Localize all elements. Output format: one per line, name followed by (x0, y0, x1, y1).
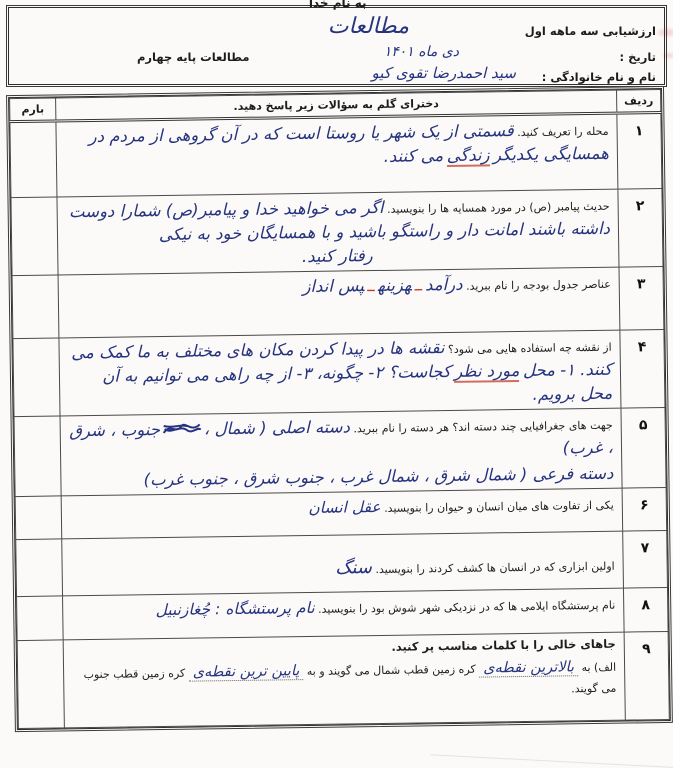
fill-blank-middle: کره زمین قطب شمال می گویند و به (307, 662, 476, 677)
column-header-marks: بارم (10, 98, 56, 122)
subject-title: مطالعات پایه چهارم (137, 50, 250, 64)
handwritten-answer-corrected: مورد نظر (454, 361, 519, 383)
exam-title-label: ارزشیابی سه ماهه اول (525, 24, 656, 38)
question-text: جهت های جغرافیایی چند دسته اند؟ هر دسته … (353, 419, 612, 436)
marks-cell (14, 416, 61, 497)
marks-cell (10, 121, 57, 198)
question-text: اولین ابزاری که در انسان ها کشف کردند را… (375, 560, 614, 576)
marks-cell (12, 275, 59, 339)
row-number: ۹ (624, 631, 669, 720)
row-number: ۸ (623, 587, 668, 632)
row-number: ۴ (620, 329, 665, 408)
handwritten-answer: هزینه (378, 276, 412, 295)
question-text: یکی از تفاوت های میان انسان و حیوان را ب… (384, 499, 614, 515)
table-row: ۹ جاهای خالی را با کلمات مناسب پر کنید. … (17, 631, 669, 728)
marks-cell (16, 539, 63, 597)
question-text: جاهای خالی را با کلمات مناسب پر کنید. (391, 637, 616, 654)
marks-cell (17, 640, 64, 729)
date-handwritten: دی ماه ۱۴۰۱ (384, 44, 459, 60)
scan-paper-edge (430, 754, 673, 768)
handwritten-answer: پس انداز (302, 276, 364, 296)
handwritten-answer: می کنند. (384, 146, 444, 166)
question-text: نام پرستشگاه ایلامی ها که در نزدیکی شهر … (318, 599, 615, 616)
subject-handwritten: مطالعات (328, 14, 409, 39)
table-row: ۱ محله را تعریف کنید. قسمتی از یک شهر یا… (10, 113, 662, 198)
red-dash-mark: ــ (364, 281, 378, 294)
handwritten-answer: دسته اصلی ( شمال ، (204, 417, 350, 438)
scanned-exam-sheet: به نام خدا ارزشیابی سه ماهه اول مطالعات … (0, 0, 673, 768)
question-text: از نقشه چه استفاده هایی می شود؟ (448, 341, 612, 356)
row-number: ۵ (621, 407, 666, 488)
name-handwritten: سید احمدرضا تقوی کیو (372, 64, 516, 82)
question-text: محله را تعریف کنید. (517, 125, 609, 139)
fill-blank-suffix: کره زمین قطب جنوب (83, 667, 185, 681)
marks-cell (11, 197, 58, 276)
marks-cell (15, 496, 62, 540)
date-label: تاریخ : (620, 50, 656, 64)
exam-header-box: ارزشیابی سه ماهه اول مطالعات تاریخ : دی … (8, 7, 665, 85)
handwritten-answer: سنگ (335, 557, 372, 579)
handwritten-answer-corrected: زندگی (447, 145, 490, 167)
marks-cell (17, 596, 64, 641)
fill-blank-prefix: الف) به (581, 661, 616, 674)
marks-cell (13, 338, 60, 417)
red-dash-mark: ــ (412, 280, 426, 293)
table-row: ۵ جهت های جغرافیایی چند دسته اند؟ هر دست… (14, 407, 666, 496)
handwritten-answer: درآمد (425, 275, 463, 295)
handwritten-answer: نام پرستشگاه : چُغازنبیل (155, 599, 314, 619)
handwritten-answer: عقل انسان (308, 498, 381, 517)
row-number: ۲ (618, 189, 663, 268)
table-row: ۲ حدیث پیامبر (ص) در مورد همسایه ها را ب… (11, 189, 663, 276)
row-number: ۱ (617, 113, 662, 190)
name-label: نام و نام خانوادگی : (542, 70, 656, 84)
row-number: ۳ (619, 267, 664, 331)
table-row: ۷ اولین ابزاری که در انسان ها کشف کردند … (16, 530, 668, 596)
table-row: ۳ عناصر جدول بودجه را نام ببرید. درآمدــ… (12, 267, 664, 339)
column-header-row-number: ردیف (617, 90, 661, 114)
question-text: عناصر جدول بودجه را نام ببرید. (466, 278, 611, 293)
question-table: ردیف دخترای گلم به سؤالات زیر پاسخ دهید.… (8, 88, 671, 730)
table-row: ۴ از نقشه چه استفاده هایی می شود؟ نقشه ه… (13, 329, 665, 416)
row-number: ۶ (622, 487, 667, 531)
handwritten-blank-fill: بالاترین نقطه‌ی (479, 659, 578, 677)
scribble-mark (162, 422, 202, 442)
question-text: حدیث پیامبر (ص) در مورد همسایه ها را بنو… (387, 200, 610, 216)
row-number: ۷ (623, 530, 668, 588)
handwritten-blank-fill: پایین ترین نقطه‌ی (189, 663, 304, 682)
bismillah-text: به نام خدا (309, 0, 367, 10)
